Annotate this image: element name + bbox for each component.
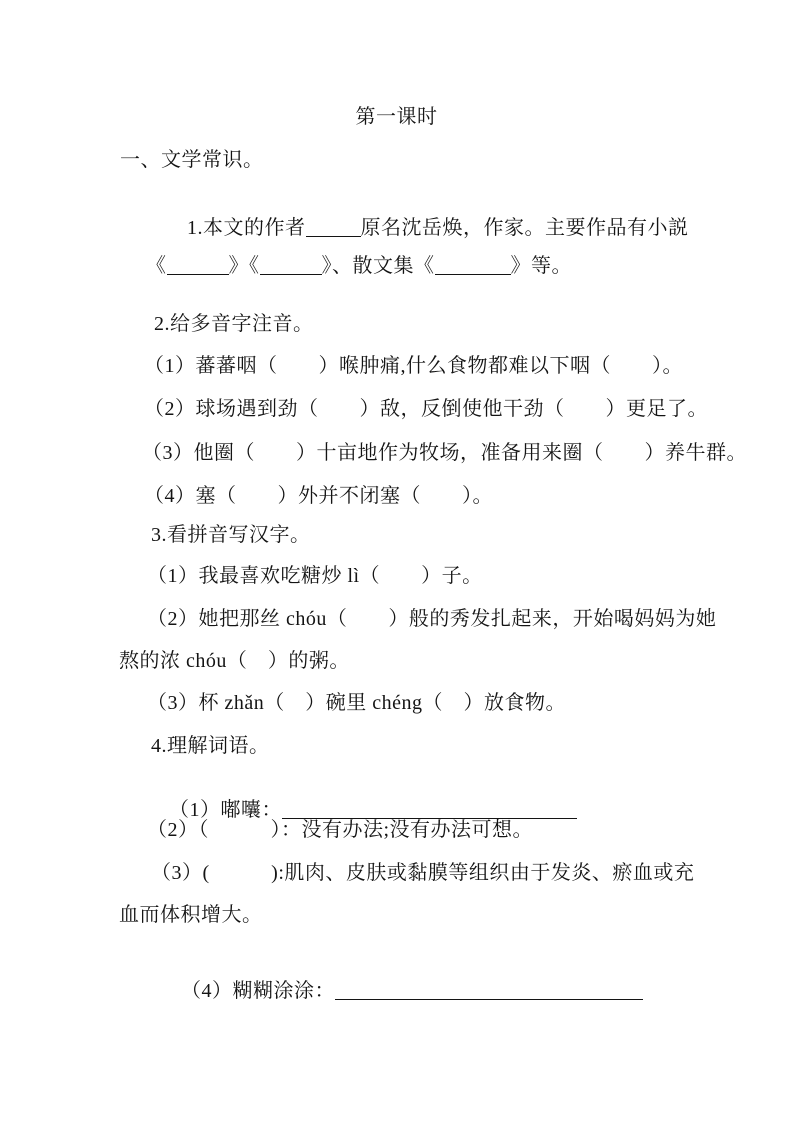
q2-item-3: （3）他圈（ ）十亩地作为牧场，准备用来圈（ ）养牛群。 [142,442,747,464]
section-3-heading: 3.看拼音写汉字。 [151,524,311,546]
fill-in-blank [260,254,322,275]
q4-item-4: （4）糊糊涂涂： [159,957,643,1024]
q1-line2-text-4: 》等。 [511,255,573,277]
q3-item-1: （1）我最喜欢吃糖炒 lì（ ）子。 [147,565,483,587]
q1-line2-text-2: 》《 [229,255,260,277]
fill-in-blank [282,798,577,819]
lesson-title: 第一课时 [0,106,793,128]
document-page: 第一课时 一、文学常识。 1.本文的作者原名沈岳焕，作家。主要作品有小説 《》《… [0,0,793,1122]
fill-in-blank [335,979,643,1000]
q2-item-2: （2）球场遇到劲（ ）敌，反倒使他干劲（ ）更足了。 [144,398,708,420]
q4-item-3-line-1: （3）( ):肌肉、皮肤或黏膜等组织由于发炎、瘀血或充 [151,862,694,884]
q4-item-3-line-2: 血而体积增大。 [119,904,263,926]
q3-item-3: （3）杯 zhǎn（ ）碗里 chéng（ ）放食物。 [147,692,566,714]
section-1-heading: 一、文学常识。 [120,149,264,171]
q1-line2-text-3: 》、散文集《 [322,255,435,277]
q1-line2-text-1: 《 [146,255,167,277]
q3-item-2-line-1: （2）她把那丝 chóu（ ）般的秀发扎起来，开始喝妈妈为她 [147,608,716,630]
fill-in-blank [435,254,511,275]
section-1-q1-line-2: 《》《》、散文集《》等。 [124,232,572,299]
q2-item-1: （1）蕃蕃咽（ ）喉肿痛,什么食物都难以下咽（ ）。 [144,355,683,377]
q4-item-1-label: （1）嘟囔： [169,799,282,821]
q3-item-2-line-2: 熬的浓 chóu（ ）的粥。 [119,650,350,672]
section-4-heading: 4.理解词语。 [151,735,270,757]
q2-item-4: （4）塞（ ）外并不闭塞（ ）。 [144,485,493,507]
q4-item-4-label: （4）糊糊涂涂： [181,980,335,1002]
q4-item-2: （2）（ ）：没有办法;没有办法可想。 [147,819,533,841]
fill-in-blank [167,254,229,275]
section-2-heading: 2.给多音字注音。 [154,313,314,335]
